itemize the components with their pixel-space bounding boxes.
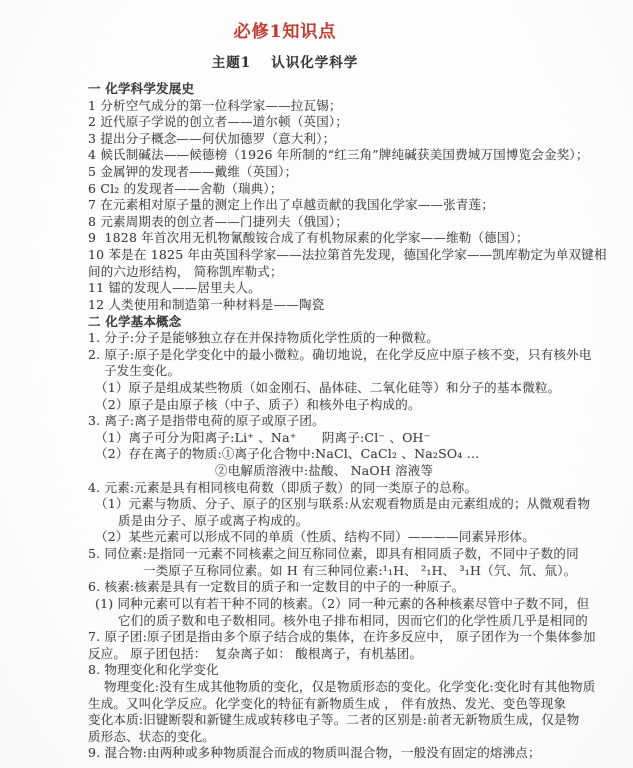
text-line: 4. 元素:元素是具有相同核电荷数（即质子数）的同一类原子的总称。 (88, 480, 578, 497)
text-line: 反应。 原子团包括： 复杂离子如： 酸根离子，有机基团。 (88, 646, 578, 663)
text-line: 4 候氏制碱法——候德榜（1926 年所制的“红三角”牌纯碱获美国费城万国博览会… (88, 147, 578, 164)
text-line: ②电解质溶液中:盐酸、 NaOH 溶液等 (215, 463, 578, 480)
text-line: （1）元素与物质、分子、原子的区别与联系:从宏观看物质是由元素组成的；从微观看物 (95, 496, 578, 513)
page-subtitle: 主题1 认识化学科学 (0, 51, 570, 71)
text-line: （1）原子是组成某些物质（如金刚石、晶体硅、二氧化硅等）和分子的基本微粒。 (95, 380, 578, 397)
document-lines: 一 化学科学发展史1 分析空气成分的第一位科学家——拉瓦锡；2 近代原子学说的创… (88, 81, 578, 762)
text-line: (1) 同种元素可以有若干种不同的核素。（2）同一种元素的各种核素尽管中子数不同… (95, 596, 578, 613)
text-line: 1 分析空气成分的第一位科学家——拉瓦锡； (88, 98, 578, 115)
document-page: 必修1知识点 主题1 认识化学科学 一 化学科学发展史1 分析空气成分的第一位科… (0, 0, 633, 768)
text-line: 8 元素周期表的创立者——门捷列夫（俄国）； (88, 214, 578, 231)
text-line: 子发生变化。 (104, 363, 578, 380)
text-line: （2）原子是由原子核（中子、质子）和核外电子构成的。 (95, 397, 578, 414)
text-line: 2 近代原子学说的创立者——道尔顿（英国）； (88, 114, 578, 131)
text-line: 6 Cl₂ 的发现者——舍勒（瑞典）； (88, 181, 578, 198)
text-line: （1）离子可分为阳离子:Li⁺ 、Na⁺ 阴离子:Cl⁻ 、OH⁻ (95, 430, 578, 447)
page-title: 必修1知识点 (0, 17, 570, 42)
text-line: 变化本质:旧键断裂和新键生成或转移电子等。二者的区别是:前者无新物质生成，仅是物 (88, 712, 578, 729)
text-line: 3. 离子:离子是指带电荷的原子或原子团。 (88, 413, 578, 430)
text-line: 1. 分子:分子是能够独立存在并保持物质化学性质的一种微粒。 (88, 330, 578, 347)
text-line: 二 化学基本概念 (88, 314, 578, 331)
text-line: （2）某些元素可以形成不同的单质（性质、结构不同）————同素异形体。 (95, 529, 578, 546)
text-line: 6. 核素:核素是具有一定数目的质子和一定数目的中子的一种原子。 (88, 579, 578, 596)
text-line: 9. 混合物:由两种或多种物质混合而成的物质叫混合物，一般没有固定的熔沸点； (88, 745, 578, 762)
text-line: 8. 物理变化和化学变化 (88, 662, 578, 679)
text-line: 质是由分子、原子或离子构成的。 (118, 513, 578, 530)
text-line: 一 化学科学发展史 (88, 81, 578, 98)
text-line: 一类原子互称同位素。如 H 有三种同位素:¹₁H、 ²₁H、 ³₁H（氕、氘、氚… (143, 563, 578, 580)
text-line: 9 1828 年首次用无机物氰酸铵合成了有机物尿素的化学家——维勒（德国）； (88, 230, 578, 247)
text-line: （2）存在离子的物质:①离子化合物中:NaCl、CaCl₂ 、Na₂SO₄ … (95, 446, 578, 463)
text-line: 生成。又叫化学反应。化学变化的特征有新物质生成 ， 伴有放热、发光、变色等现象 (88, 696, 578, 713)
text-line: 质形态、状态的变化。 (88, 729, 578, 746)
text-line: 5. 同位素:是指同一元素不同核素之间互称同位素，即具有相同质子数，不同中子数的… (88, 546, 578, 563)
text-line: 5 金属钾的发现者——戴维（英国）； (88, 164, 578, 181)
text-line: 11 镭的发现人——居里夫人。 (88, 280, 578, 297)
text-line: 3 提出分子概念——何伏加德罗（意大利）； (88, 131, 578, 148)
text-line: 2. 原子:原子是化学变化中的最小微粒。确切地说，在化学反应中原子核不变，只有核… (88, 347, 578, 364)
text-line: 12 人类使用和制造第一种材料是——陶瓷 (88, 297, 578, 314)
text-line: 7 在元素相对原子量的测定上作出了卓越贡献的我国化学家——张青莲； (88, 197, 578, 214)
text-line: 7. 原子团:原子团是指由多个原子结合成的集体，在许多反应中， 原子团作为一个集… (88, 629, 578, 646)
document-header: 必修1知识点 主题1 认识化学科学 (0, 0, 570, 71)
text-line: 间的六边形结构， 简称凯库勒式； (88, 264, 578, 281)
text-line: 物理变化:没有生成其他物质的变化，仅是物质形态的变化。化学变化:变化时有其他物质 (104, 679, 578, 696)
text-line: 10 苯是在 1825 年由英国科学家——法拉第首先发现，德国化学家——凯库勒定… (88, 247, 578, 264)
text-line: 它们的质子数和电子数相同。核外电子排布相同，因而它们的化学性质几乎是相同的 (118, 613, 578, 630)
